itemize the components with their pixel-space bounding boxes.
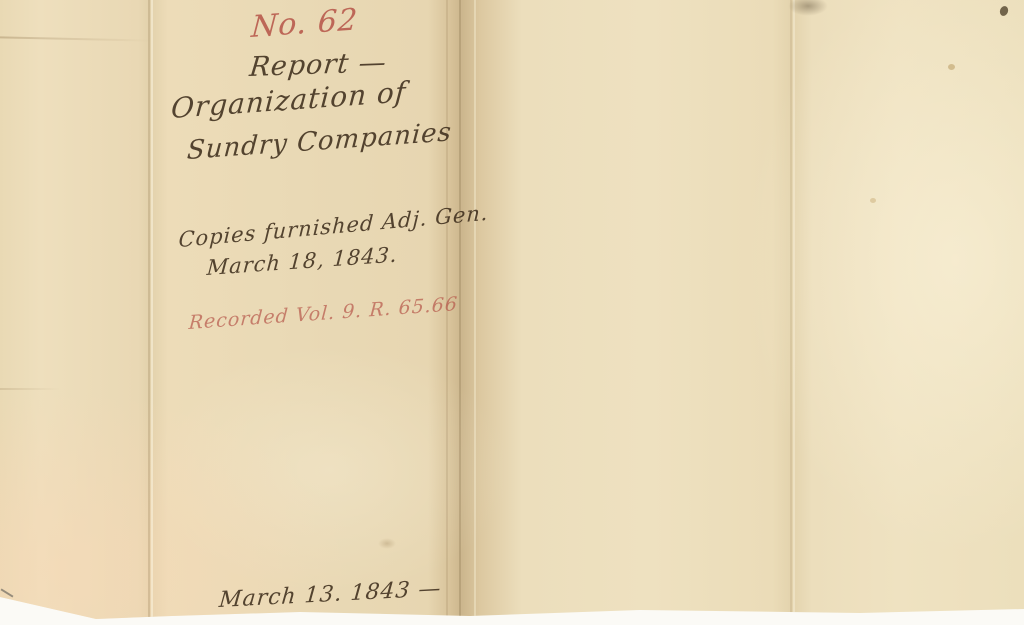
- fold-crease-center-highlight: [474, 0, 476, 622]
- fold-crease-right: [790, 0, 792, 622]
- recorded-note: Recorded Vol. 9. R. 65.66: [188, 293, 459, 334]
- dark-fleck-top-right: [999, 5, 1010, 17]
- paper-freckle: [948, 64, 955, 70]
- crease-left-lower: [0, 388, 60, 390]
- fold-crease-left: [148, 0, 150, 622]
- paper-stain-bottom: [378, 538, 396, 549]
- fold-crease-center-b: [459, 0, 461, 622]
- subject-line-1: Organization of: [170, 75, 407, 125]
- fold-crease-left-highlight: [151, 0, 153, 622]
- crease-top-left: [0, 36, 152, 41]
- docket-date: March 13. 1843 —: [218, 576, 443, 613]
- document-number: No. 62: [250, 2, 359, 45]
- fold-crease-right-highlight: [793, 0, 795, 622]
- annotation-line-1: Copies furnished Adj. Gen.: [178, 201, 489, 252]
- document-scan: No. 62 Report — Organization of Sundry C…: [0, 0, 1024, 625]
- ink-smudge-top: [788, 0, 828, 16]
- paper-freckle: [870, 198, 876, 203]
- subject-line-2: Sundry Companies: [186, 117, 453, 166]
- annotation-line-2: March 18, 1843.: [206, 242, 398, 280]
- pencil-mark-bottom-left: [1, 588, 14, 597]
- paper-sheet: No. 62 Report — Organization of Sundry C…: [0, 0, 1024, 622]
